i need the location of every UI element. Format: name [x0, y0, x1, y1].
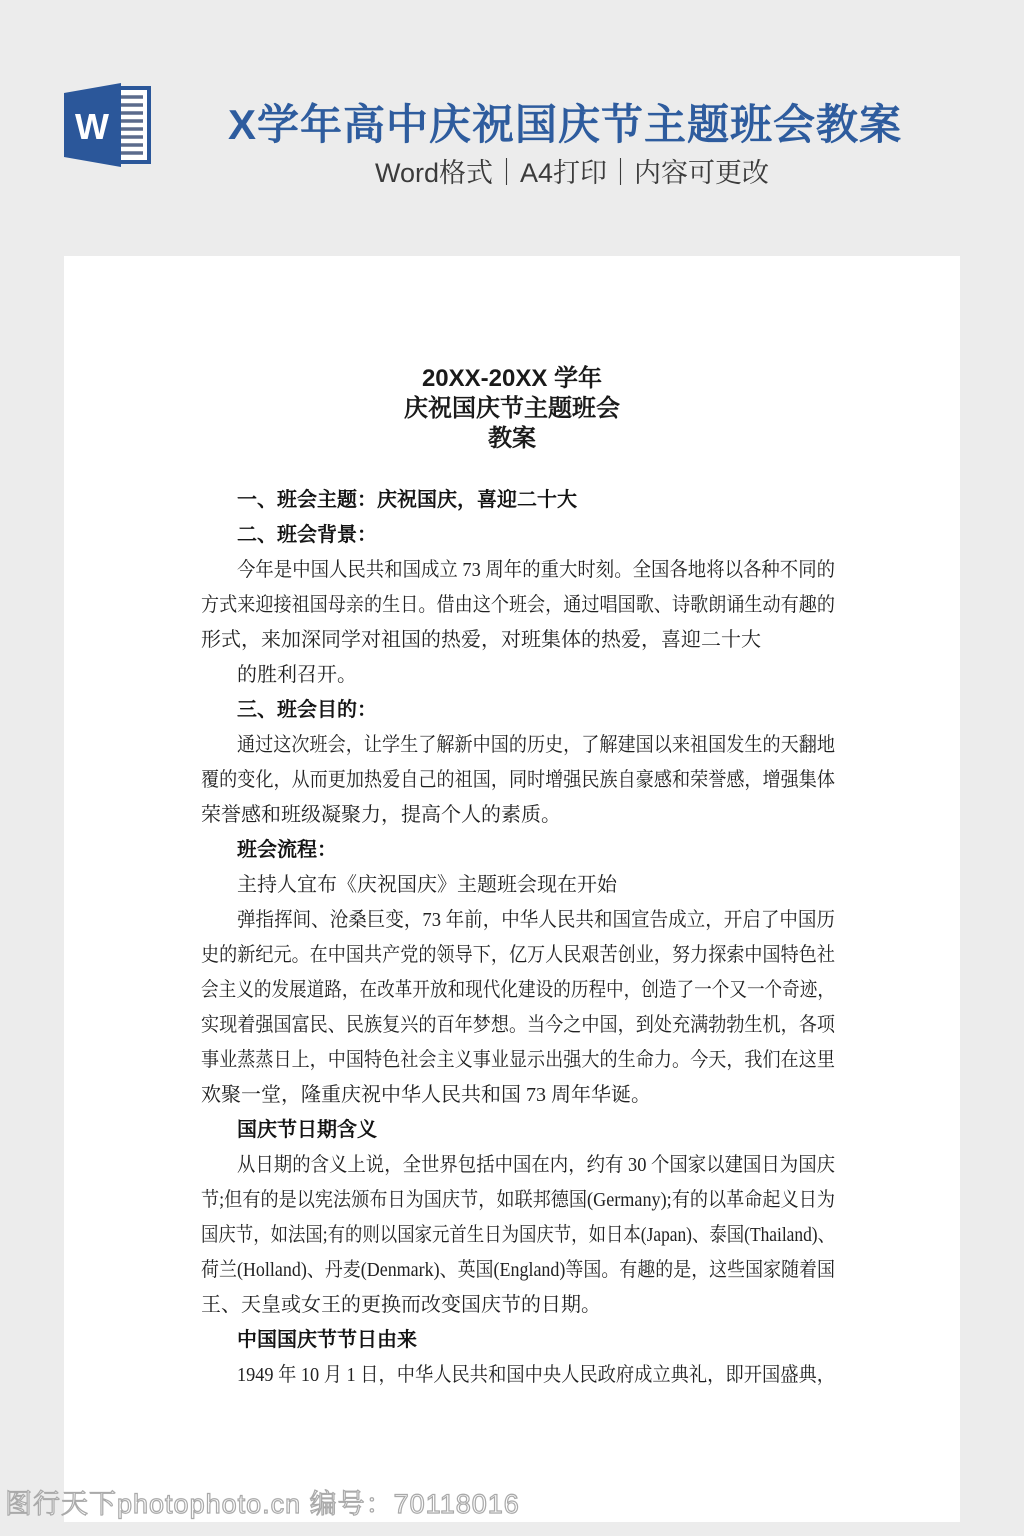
document-line-text: 今年是中国人民共和国成立 73 周年的重大时刻。全国各地将以各种不同的 — [237, 553, 835, 588]
document-line-text: 1949 年 10 月 1 日，中华人民共和国中央人民政府成立典礼，即开国盛典， — [237, 1358, 835, 1393]
document-line-text: 会主义的发展道路，在改革开放和现代化建设的历程中，创造了一个又一个奇迹， — [201, 973, 835, 1008]
document-line-text: 史的新纪元。在中国共产党的领导下，亿万人民艰苦创业，努力探索中国特色社 — [201, 938, 835, 973]
document-line-text: 三、班会目的： — [237, 693, 377, 728]
document-line-text: 节;但有的是以宪法颁布日为国庆节，如联邦德国(Germany);有的以革命起义日… — [201, 1183, 835, 1218]
document-heading-line: 班会流程： — [201, 833, 835, 868]
document-line-text: 弹指挥间、沧桑巨变，73 年前，中华人民共和国宣告成立，开启了中国历 — [237, 903, 835, 938]
document-text-line: 事业蒸蒸日上，中国特色社会主义事业显示出强大的生命力。今天，我们在这里 — [201, 1043, 835, 1078]
document-text-line: 方式来迎接祖国母亲的生日。借由这个班会，通过唱国歌、诗歌朗诵生动有趣的 — [201, 588, 835, 623]
document-body: 一、班会主题：庆祝国庆，喜迎二十大二、班会背景：今年是中国人民共和国成立 73 … — [201, 483, 835, 1393]
document-text-line: 荣誉感和班级凝聚力，提高个人的素质。 — [201, 798, 835, 833]
document-line-text: 班会流程： — [237, 833, 337, 868]
document-text-line: 主持人宜布《庆祝国庆》主题班会现在开始 — [201, 868, 835, 903]
document-text-line: 通过这次班会，让学生了解新中国的历史，了解建国以来祖国发生的天翻地 — [201, 728, 835, 763]
document-line-text: 从日期的含义上说，全世界包括中国在内，约有 30 个国家以建国日为国庆 — [237, 1148, 835, 1183]
word-file-icon-svg: W — [64, 82, 152, 168]
document-line-text: 覆的变化，从而更加热爱自己的祖国，同时增强民族自豪感和荣誉感，增强集体 — [201, 763, 835, 798]
document-line-text: 欢聚一堂，隆重庆祝中华人民共和国 73 周年华诞。 — [201, 1078, 651, 1113]
document-title-line: 庆祝国庆节主题班会 — [64, 394, 960, 424]
document-text-line: 欢聚一堂，隆重庆祝中华人民共和国 73 周年华诞。 — [201, 1078, 835, 1113]
document-text-line: 会主义的发展道路，在改革开放和现代化建设的历程中，创造了一个又一个奇迹， — [201, 973, 835, 1008]
word-icon-letter: W — [75, 106, 109, 147]
document-title: 20XX-20XX 学年庆祝国庆节主题班会教案 — [64, 364, 960, 454]
document-heading-line: 二、班会背景： — [201, 518, 835, 553]
document-line-text: 中国国庆节节日由来 — [237, 1323, 417, 1358]
document-line-text: 国庆节日期含义 — [237, 1113, 377, 1148]
document-text-line: 覆的变化，从而更加热爱自己的祖国，同时增强民族自豪感和荣誉感，增强集体 — [201, 763, 835, 798]
document-text-line: 节;但有的是以宪法颁布日为国庆节，如联邦德国(Germany);有的以革命起义日… — [201, 1183, 835, 1218]
document-title-line: 教案 — [64, 424, 960, 454]
document-line-text: 通过这次班会，让学生了解新中国的历史，了解建国以来祖国发生的天翻地 — [237, 728, 835, 763]
document-text-line: 国庆节，如法国;有的则以国家元首生日为国庆节，如日本(Japan)、泰国(Tha… — [201, 1218, 835, 1253]
word-file-icon: W — [64, 82, 152, 168]
document-text-line: 弹指挥间、沧桑巨变，73 年前，中华人民共和国宣告成立，开启了中国历 — [201, 903, 835, 938]
document-line-text: 事业蒸蒸日上，中国特色社会主义事业显示出强大的生命力。今天，我们在这里 — [201, 1043, 835, 1078]
document-text-line: 的胜利召开。 — [201, 658, 835, 693]
document-line-text: 形式，来加深同学对祖国的热爱，对班集体的热爱，喜迎二十大 — [201, 623, 761, 658]
document-line-text: 主持人宜布《庆祝国庆》主题班会现在开始 — [237, 868, 617, 903]
document-line-text: 实现着强国富民、民族复兴的百年梦想。当今之中国，到处充满勃勃生机，各项 — [201, 1008, 835, 1043]
document-line-text: 荷兰(Holland)、丹麦(Denmark)、英国(England)等国。有趣… — [201, 1253, 835, 1288]
document-text-line: 实现着强国富民、民族复兴的百年梦想。当今之中国，到处充满勃勃生机，各项 — [201, 1008, 835, 1043]
page-subtitle: Word格式｜A4打印｜内容可更改 — [172, 157, 972, 189]
document-text-line: 今年是中国人民共和国成立 73 周年的重大时刻。全国各地将以各种不同的 — [201, 553, 835, 588]
document-line-text: 国庆节，如法国;有的则以国家元首生日为国庆节，如日本(Japan)、泰国(Tha… — [201, 1218, 835, 1253]
document-heading-line: 三、班会目的： — [201, 693, 835, 728]
document-title-line: 20XX-20XX 学年 — [64, 364, 960, 394]
document-heading-line: 中国国庆节节日由来 — [201, 1323, 835, 1358]
document-line-text: 王、天皇或女王的更换而改变国庆节的日期。 — [201, 1288, 601, 1323]
document-page: 20XX-20XX 学年庆祝国庆节主题班会教案 一、班会主题：庆祝国庆，喜迎二十… — [64, 256, 960, 1522]
document-line-text: 荣誉感和班级凝聚力，提高个人的素质。 — [201, 798, 561, 833]
document-text-line: 王、天皇或女王的更换而改变国庆节的日期。 — [201, 1288, 835, 1323]
document-text-line: 从日期的含义上说，全世界包括中国在内，约有 30 个国家以建国日为国庆 — [201, 1148, 835, 1183]
document-text-line: 史的新纪元。在中国共产党的领导下，亿万人民艰苦创业，努力探索中国特色社 — [201, 938, 835, 973]
document-heading-line: 一、班会主题：庆祝国庆，喜迎二十大 — [201, 483, 835, 518]
document-heading-line: 国庆节日期含义 — [201, 1113, 835, 1148]
watermark-text: 图行天下photophoto.cn 编号：70118016 — [5, 1488, 520, 1520]
document-text-line: 荷兰(Holland)、丹麦(Denmark)、英国(England)等国。有趣… — [201, 1253, 835, 1288]
document-text-line: 形式，来加深同学对祖国的热爱，对班集体的热爱，喜迎二十大 — [201, 623, 835, 658]
document-line-text: 二、班会背景： — [237, 518, 377, 553]
document-line-text: 一、班会主题：庆祝国庆，喜迎二十大 — [237, 483, 577, 518]
document-text-line: 1949 年 10 月 1 日，中华人民共和国中央人民政府成立典礼，即开国盛典， — [201, 1358, 835, 1393]
page-title: X学年高中庆祝国庆节主题班会教案 — [170, 100, 960, 150]
document-line-text: 的胜利召开。 — [237, 658, 357, 693]
document-line-text: 方式来迎接祖国母亲的生日。借由这个班会，通过唱国歌、诗歌朗诵生动有趣的 — [201, 588, 835, 623]
